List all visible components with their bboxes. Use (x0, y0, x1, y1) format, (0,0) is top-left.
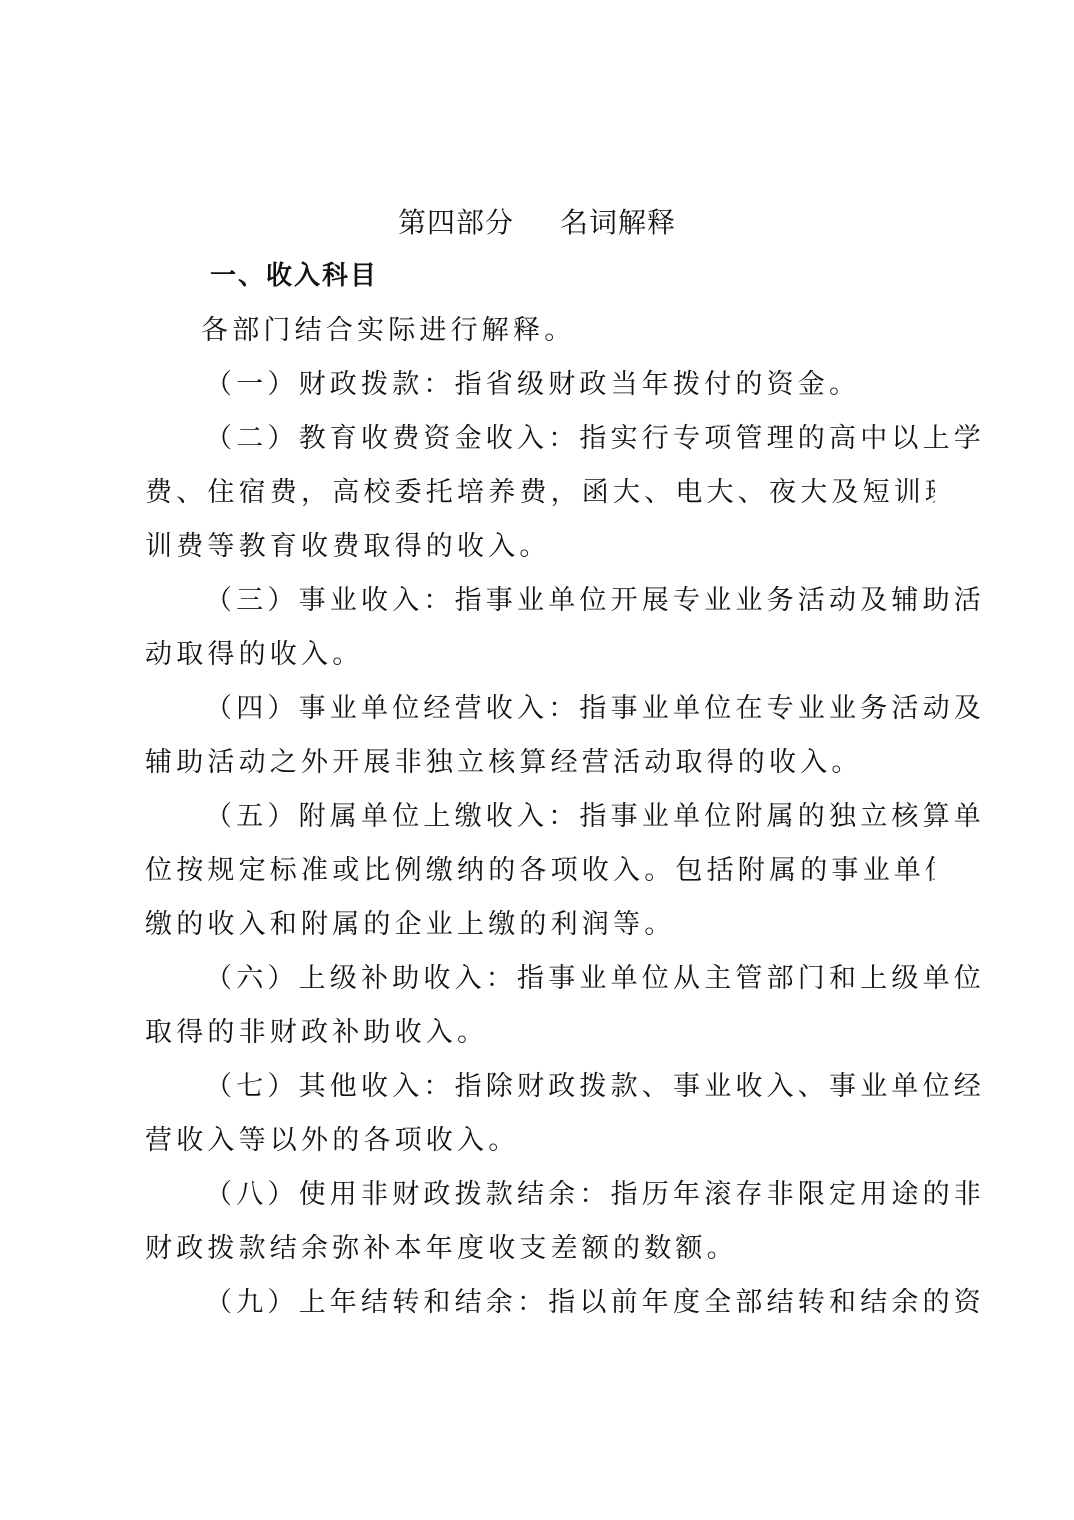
paragraph-line: 各部门结合实际进行解释。 (201, 311, 991, 351)
title-name: 名词解释 (560, 206, 676, 239)
title-part: 第四部分 (398, 206, 514, 239)
document-page: 第四部分名词解释 一、收入科目 各部门结合实际进行解释。 （一）财政拨款：指省级… (0, 0, 1074, 1520)
paragraph-line: 动取得的收入。 (145, 635, 935, 675)
page-title: 第四部分名词解释 (0, 203, 1074, 243)
paragraph-line: （三）事业收入：指事业单位开展专业业务活动及辅助活 (205, 581, 995, 621)
paragraph-line: （二）教育收费资金收入：指实行专项管理的高中以上学 (205, 419, 995, 459)
paragraph-line: 取得的非财政补助收入。 (145, 1013, 935, 1053)
section-heading: 一、收入科目 (210, 256, 378, 296)
paragraph-line: （五）附属单位上缴收入：指事业单位附属的独立核算单 (205, 797, 995, 837)
paragraph-line: （一）财政拨款：指省级财政当年拨付的资金。 (205, 365, 995, 405)
paragraph-line: （六）上级补助收入：指事业单位从主管部门和上级单位 (205, 959, 995, 999)
paragraph-line: 费、住宿费，高校委托培养费，函大、电大、夜大及短训班培 (145, 473, 935, 513)
paragraph-line: 营收入等以外的各项收入。 (145, 1121, 935, 1161)
paragraph-line: （四）事业单位经营收入：指事业单位在专业业务活动及 (205, 689, 995, 729)
paragraph-line: （八）使用非财政拨款结余：指历年滚存非限定用途的非 (205, 1175, 995, 1215)
paragraph-line: 辅助活动之外开展非独立核算经营活动取得的收入。 (145, 743, 935, 783)
paragraph-line: （九）上年结转和结余：指以前年度全部结转和结余的资 (205, 1283, 995, 1323)
paragraph-line: 财政拨款结余弥补本年度收支差额的数额。 (145, 1229, 935, 1269)
paragraph-line: 位按规定标准或比例缴纳的各项收入。包括附属的事业单位上 (145, 851, 935, 891)
paragraph-line: 训费等教育收费取得的收入。 (145, 527, 935, 567)
paragraph-line: 缴的收入和附属的企业上缴的利润等。 (145, 905, 935, 945)
paragraph-line: （七）其他收入：指除财政拨款、事业收入、事业单位经 (205, 1067, 995, 1107)
